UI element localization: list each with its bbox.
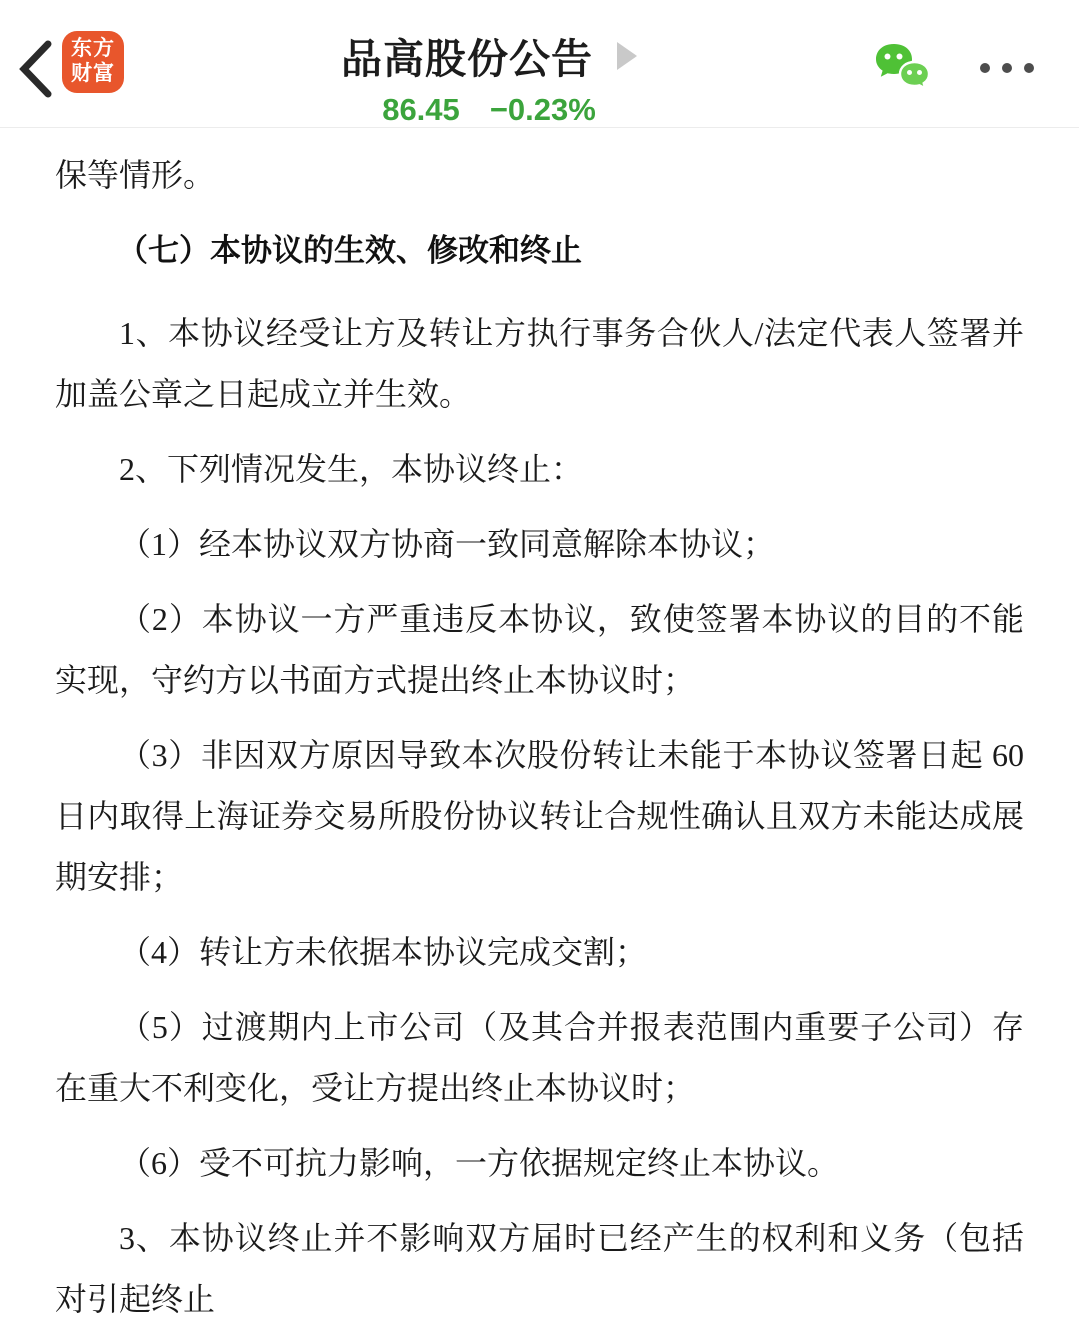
triangle-right-icon[interactable] (617, 42, 637, 70)
more-menu-button[interactable] (980, 56, 1034, 80)
eastmoney-logo[interactable]: 东方 财富 (62, 31, 124, 93)
announcement-document: 保等情形。 （七）本协议的生效、修改和终止 1、本协议经受让方及转让方执行事务合… (0, 128, 1079, 1330)
page-title: 品高股份公告 (341, 26, 593, 85)
paragraph: （2）本协议一方严重违反本协议，致使签署本协议的目的不能实现，守约方以书面方式提… (55, 589, 1024, 711)
paragraph: （3）非因双方原因导致本次股份转让未能于本协议签署日起 60 日内取得上海证券交… (55, 725, 1024, 908)
app-header: 东方 财富 品高股份公告 86.45 −0.23% (0, 0, 1079, 128)
wechat-share-button[interactable] (873, 40, 931, 96)
paragraph: 2、下列情况发生，本协议终止： (55, 439, 1024, 500)
header-title-group[interactable]: 品高股份公告 86.45 −0.23% (341, 26, 637, 128)
paragraph: （6）受不可抗力影响，一方依据规定终止本协议。 (55, 1133, 1024, 1194)
back-button[interactable] (14, 38, 66, 100)
paragraph: （1）经本协议双方协商一致同意解除本协议； (55, 514, 1024, 575)
paragraph: （4）转让方未依据本协议完成交割； (55, 922, 1024, 983)
stock-change: −0.23% (490, 92, 596, 128)
paragraph: 保等情形。 (55, 145, 1024, 206)
logo-line1: 东方 (71, 37, 115, 62)
paragraph: 3、本协议终止并不影响双方届时已经产生的权利和义务（包括对引起终止 (55, 1208, 1024, 1330)
wechat-icon (873, 83, 931, 100)
logo-line2: 财富 (71, 62, 115, 87)
stock-price: 86.45 (382, 92, 460, 128)
stock-quote[interactable]: 86.45 −0.23% (382, 92, 596, 128)
section-heading: （七）本协议的生效、修改和终止 (55, 220, 1024, 281)
ellipsis-icon (980, 63, 1034, 73)
paragraph: （5）过渡期内上市公司（及其合并报表范围内重要子公司）存在重大不利变化，受让方提… (55, 997, 1024, 1119)
paragraph: 1、本协议经受让方及转让方执行事务合伙人/法定代表人签署并加盖公章之日起成立并生… (55, 303, 1024, 425)
chevron-left-icon (14, 87, 56, 104)
